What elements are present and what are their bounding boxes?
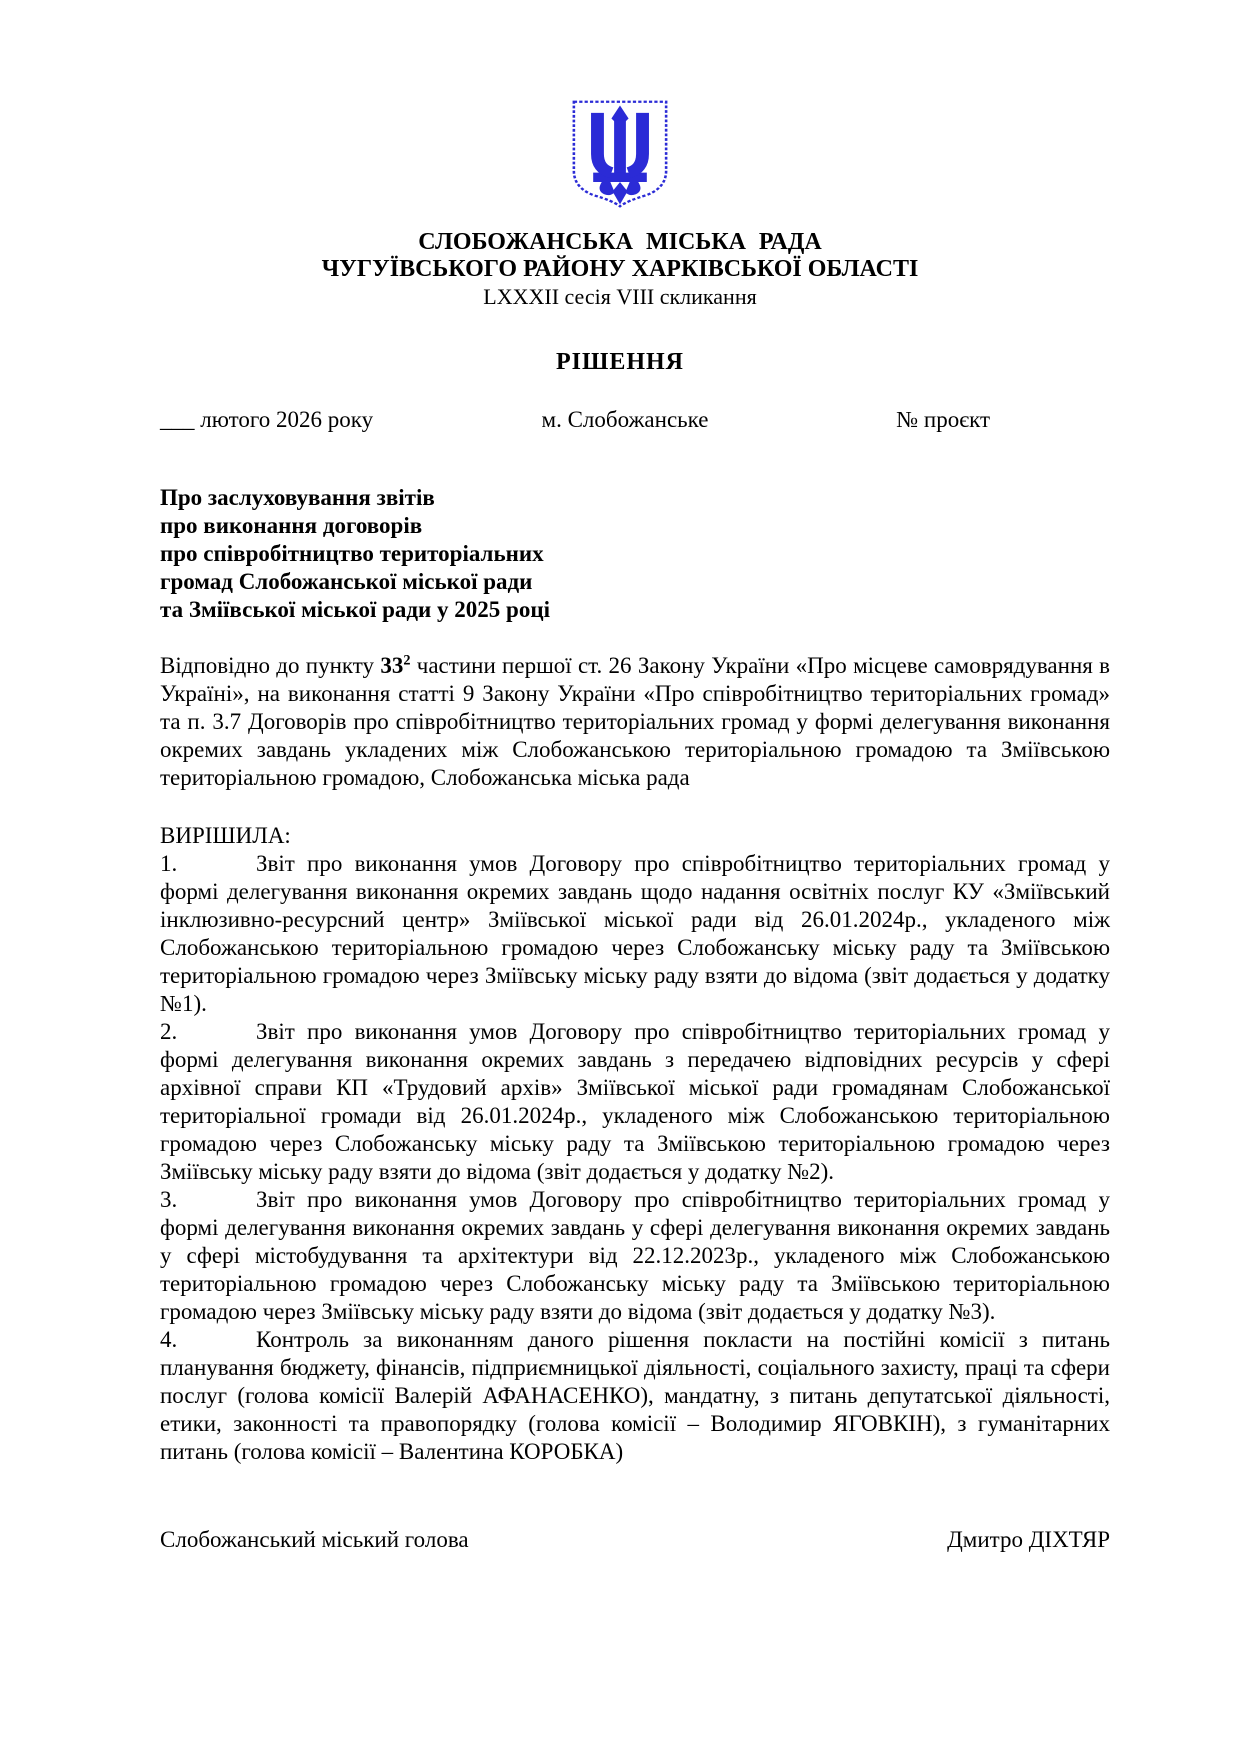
signer-name: Дмитро ДІХТЯР (947, 1526, 1110, 1554)
preamble-paragraph: Відповідно до пункту 332 частини першої … (160, 652, 1110, 792)
document-number: № проєкт (790, 406, 1110, 434)
item-number: 1. (160, 850, 256, 878)
signature-row: Слобожанський міський голова Дмитро ДІХТ… (160, 1526, 1110, 1554)
preamble-text-before: Відповідно до пункту (160, 653, 380, 678)
emblem-container (0, 0, 1240, 217)
item-number: 2. (160, 1018, 256, 1046)
list-item-3: 3.Звіт про виконання умов Договору про с… (160, 1186, 1110, 1326)
meta-row: ___ лютого 2026 року м. Слобожанське № п… (160, 406, 1110, 434)
list-item-2: 2.Звіт про виконання умов Договору про с… (160, 1018, 1110, 1186)
signer-position: Слобожанський міський голова (160, 1526, 469, 1554)
item-text: Контроль за виконанням даного рішення по… (160, 1327, 1110, 1464)
item-text: Звіт про виконання умов Договору про спі… (160, 1187, 1110, 1324)
document-body: Про заслуховування звітів про виконання … (160, 484, 1110, 1554)
document-title: Про заслуховування звітів про виконання … (160, 484, 1110, 624)
title-line: Про заслуховування звітів (160, 484, 1110, 512)
title-line: про співробітництво територіальних (160, 540, 1110, 568)
document-page: СЛОБОЖАНСЬКА МІСЬКА РАДА ЧУГУЇВСЬКОГО РА… (0, 0, 1240, 1754)
title-line: громад Слобожанської міської ради (160, 568, 1110, 596)
list-item-1: 1.Звіт про виконання умов Договору про с… (160, 850, 1110, 1018)
document-date: ___ лютого 2026 року (160, 406, 460, 434)
document-place: м. Слобожанське (460, 406, 790, 434)
item-number: 4. (160, 1326, 256, 1354)
ukraine-trident-emblem-icon (561, 98, 679, 210)
legal-reference: 332 (380, 653, 410, 678)
item-text: Звіт про виконання умов Договору про спі… (160, 1019, 1110, 1184)
legal-reference-base: 33 (380, 653, 403, 678)
district-name: ЧУГУЇВСЬКОГО РАЙОНУ ХАРКІВСЬКОЇ ОБЛАСТІ (0, 256, 1240, 283)
title-line: та Зміївської міської ради у 2025 році (160, 596, 1110, 624)
document-type-heading: РІШЕННЯ (0, 348, 1240, 376)
council-name: СЛОБОЖАНСЬКА МІСЬКА РАДА (0, 229, 1240, 256)
list-item-4: 4.Контроль за виконанням даного рішення … (160, 1326, 1110, 1466)
item-number: 3. (160, 1186, 256, 1214)
title-line: про виконання договорів (160, 512, 1110, 540)
session-line: LXXXII сесія VIII скликання (0, 283, 1240, 310)
item-text: Звіт про виконання умов Договору про спі… (160, 851, 1110, 1016)
resolved-label: ВИРІШИЛА: (160, 822, 1110, 850)
